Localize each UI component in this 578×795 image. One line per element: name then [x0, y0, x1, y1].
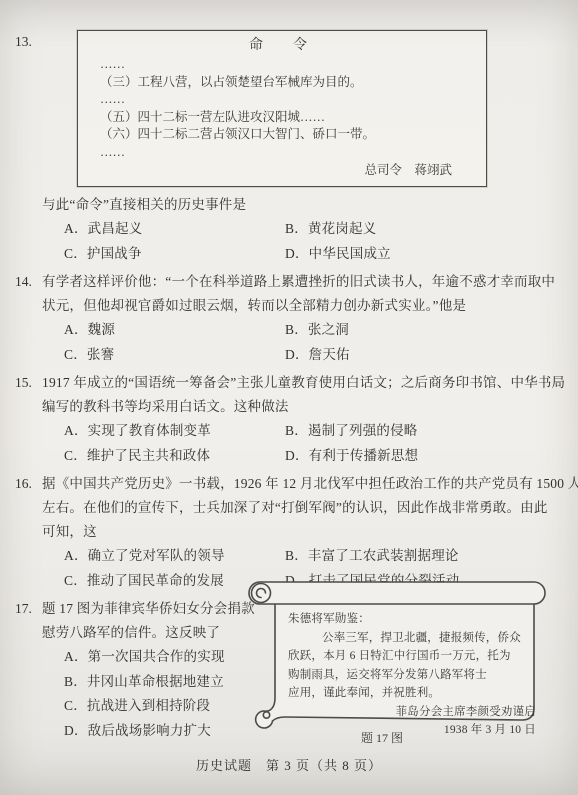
- question-13-number: 13.: [15, 30, 42, 54]
- question-15-stem: 编写的教科书等均采用白话文。这种做法: [42, 395, 578, 419]
- command-box-title: 命 令: [78, 35, 486, 56]
- command-box-line: ……: [78, 56, 486, 74]
- option-a: A．实现了教育体制变革: [64, 419, 285, 444]
- question-15-options: A．实现了教育体制变革 B．遏制了列强的侵略 C．维护了民主共和政体 D．有利于…: [42, 419, 578, 468]
- command-box-line: （六）四十二标二营占领汉口大智门、硚口一带。: [78, 126, 486, 144]
- question-13-options: A．武昌起义 B．黄花岗起义 C．护国战争 D．中华民国成立: [42, 217, 578, 266]
- question-16: 16. 据《中国共产党历史》一书载，1926 年 12 月北伐军中担任政治工作的…: [0, 472, 578, 593]
- option-c: C．维护了民主共和政体: [64, 444, 285, 469]
- question-14-stem: 状元，但他却视官爵如过眼云烟，转而以全部精力创办新式实业。”他是: [42, 294, 578, 318]
- command-box-line: ……: [78, 91, 486, 109]
- question-16-stem: 据《中国共产党历史》一书载，1926 年 12 月北伐军中担任政治工作的共产党员…: [42, 472, 578, 496]
- question-14: 14. 有学者这样评价他：“一个在科举道路上累遭挫折的旧式读书人，年逾不惑才幸而…: [0, 270, 578, 367]
- command-box-line: （五）四十二标一营左队进攻汉阳城……: [78, 109, 486, 127]
- question-16-stem: 左右。在他们的宣传下，士兵加深了对“打倒军阀”的认识，因此作战非常勇敢。由此: [42, 496, 578, 520]
- option-c: C．护国战争: [64, 242, 285, 267]
- question-15-number: 15.: [15, 371, 42, 395]
- letter-signoff: 菲岛分会主席李颜受劝谨启: [288, 703, 540, 722]
- option-b: B．丰富了工农武装割据理论: [285, 544, 578, 569]
- letter-body-line: 应用，谨此奉闻，并祝胜利。: [288, 684, 540, 703]
- option-d: D．有利于传播新思想: [285, 444, 578, 469]
- option-b: B．黄花岗起义: [285, 217, 578, 242]
- option-b: B．遏制了列强的侵略: [285, 419, 578, 444]
- question-13: 13. 命 令 …… （三）工程八营，以占领楚望台军械库为目的。 …… （五）四…: [0, 30, 578, 266]
- option-b: B．张之洞: [285, 318, 578, 343]
- question-15-stem: 1917 年成立的“国语统一筹备会”主张儿童教育使用白话文；之后商务印书馆、中华…: [42, 371, 578, 395]
- option-a: A．魏源: [64, 318, 285, 343]
- question-13-stem: 与此“命令”直接相关的历史事件是: [42, 193, 578, 217]
- question-16-number: 16.: [15, 472, 42, 496]
- letter-text: 朱德将军勋鉴： 公率三军，捍卫北疆，捷报频传，侨众 欣跃，本月 6 日特汇中行国…: [288, 610, 540, 740]
- letter-body-line: 购制雨具，运交将军分发第八路军将士: [288, 666, 540, 685]
- option-d: D．詹天佑: [285, 343, 578, 368]
- command-box-line: （三）工程八营，以占领楚望台军械库为目的。: [78, 74, 486, 92]
- command-box-signature: 总司令 蒋翊武: [78, 161, 486, 180]
- question-17-number: 17.: [15, 597, 42, 621]
- question-14-options: A．魏源 B．张之洞 C．张謇 D．詹天佑: [42, 318, 578, 367]
- question-14-stem: 有学者这样评价他：“一个在科举道路上累遭挫折的旧式读书人，年逾不惑才幸而取中: [42, 270, 578, 294]
- question-14-number: 14.: [15, 270, 42, 294]
- option-a: A．武昌起义: [64, 217, 285, 242]
- question-15: 15. 1917 年成立的“国语统一筹备会”主张儿童教育使用白话文；之后商务印书…: [0, 371, 578, 468]
- letter-body-line: 公率三军，捍卫北疆，捷报频传，侨众: [288, 629, 540, 648]
- command-order-box: 命 令 …… （三）工程八营，以占领楚望台军械库为目的。 …… （五）四十二标一…: [77, 30, 487, 187]
- question-16-stem: 可知，这: [42, 520, 578, 544]
- letter-body-line: 欣跃，本月 6 日特汇中行国币一万元，托为: [288, 647, 540, 666]
- figure-caption: 题 17 图: [242, 729, 522, 746]
- letter-figure: 朱德将军勋鉴： 公率三军，捍卫北疆，捷报频传，侨众 欣跃，本月 6 日特汇中行国…: [242, 576, 560, 744]
- option-a: A．确立了党对军队的领导: [64, 544, 285, 569]
- option-d: D．中华民国成立: [285, 242, 578, 267]
- letter-salutation: 朱德将军勋鉴：: [288, 610, 540, 629]
- command-box-line: ……: [78, 144, 486, 162]
- option-c: C．张謇: [64, 343, 285, 368]
- exam-page: 13. 命 令 …… （三）工程八营，以占领楚望台军械库为目的。 …… （五）四…: [0, 0, 578, 795]
- page-footer: 历史试题 第 3 页（共 8 页）: [0, 755, 578, 774]
